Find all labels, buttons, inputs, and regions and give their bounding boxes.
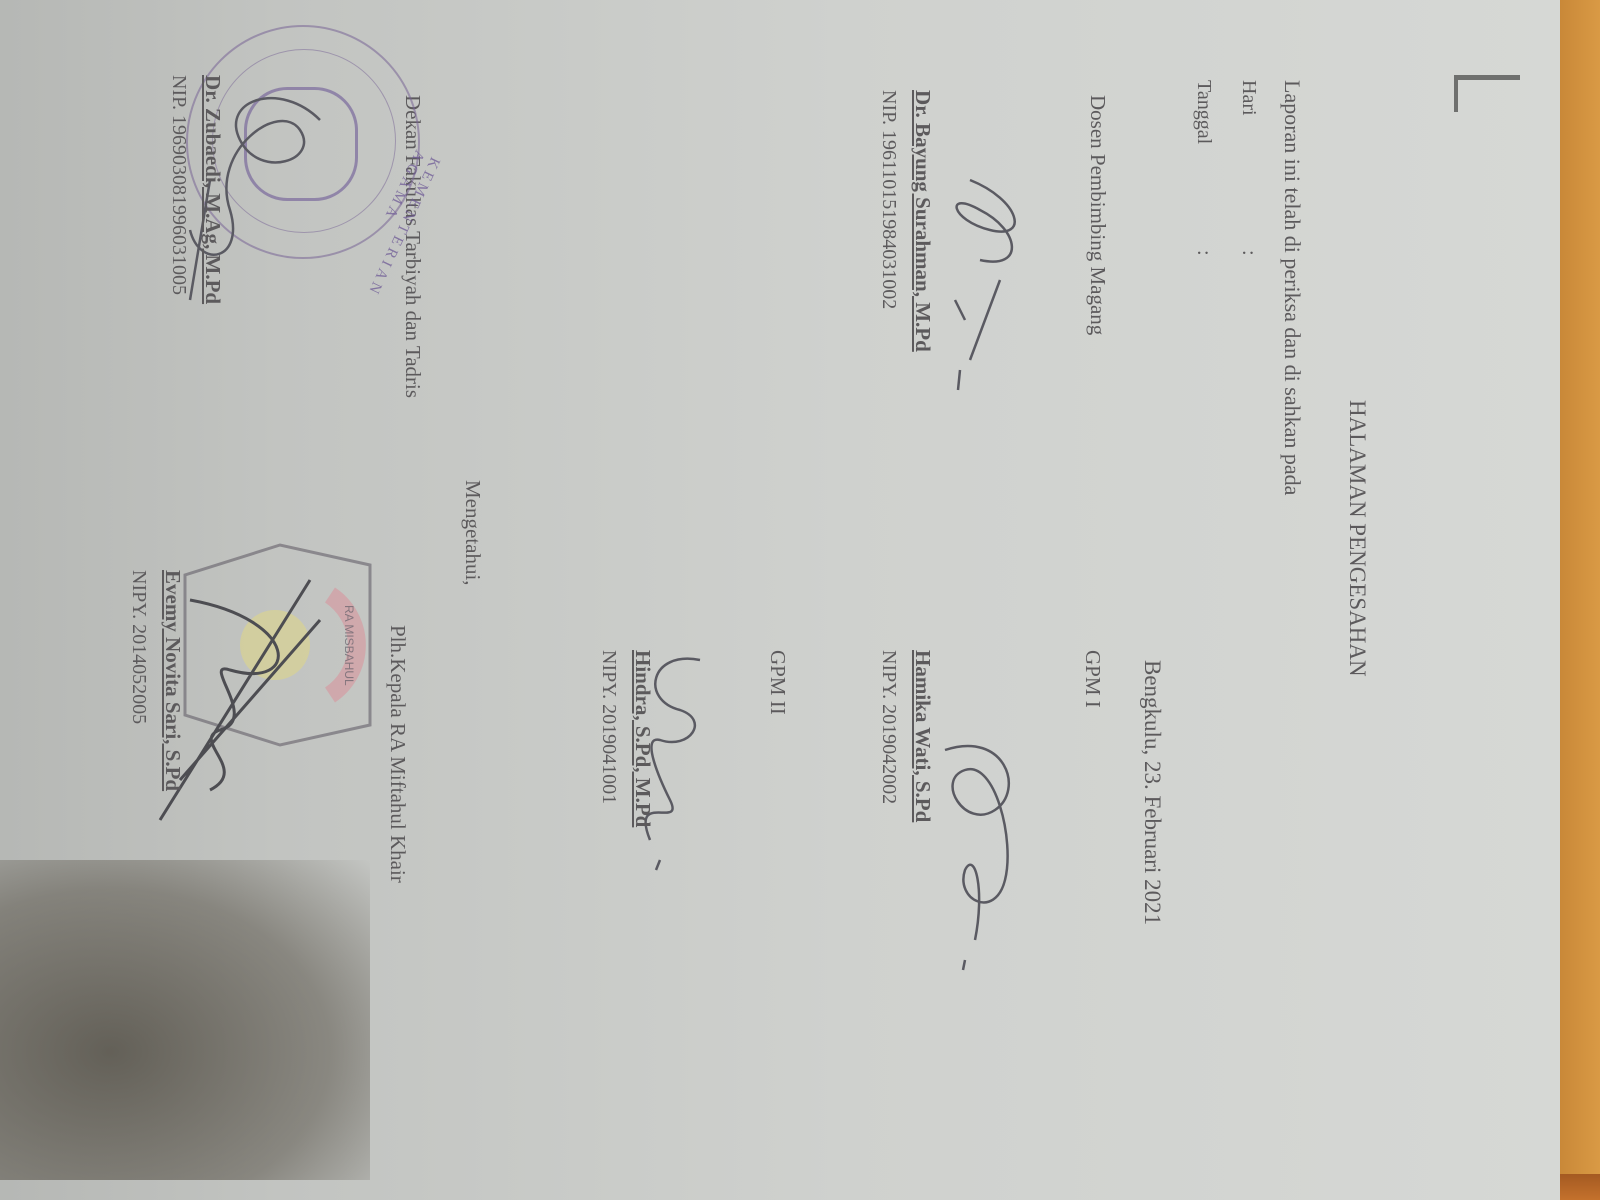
gpm1-signature	[925, 720, 1035, 1000]
gpm2-name: Hindra, S.Pd, M.Pd	[630, 650, 655, 827]
gpm1-name: Hamika Wati, S.Pd	[910, 650, 935, 822]
gpm2-id: NIPY. 2019041001	[597, 650, 620, 804]
field-separator-hari: :	[1237, 250, 1260, 256]
principal-id: NIPY. 2014052005	[127, 570, 150, 724]
principal-name: Evemy Novita Sari, S.Pd	[160, 570, 185, 791]
orange-surface-right	[1560, 0, 1600, 1200]
supervisor-id: NIP. 196110151984031002	[877, 90, 900, 309]
place-date: Bengkulu, 23. Februari 2021	[1139, 660, 1165, 925]
paper-clip-icon	[1454, 75, 1520, 112]
gpm1-id: NIPY. 2019042002	[877, 650, 900, 804]
dean-name: Dr. Zubaedi, M.Ag, M.Pd	[200, 75, 225, 304]
hand-shadow	[0, 860, 370, 1180]
field-separator-tanggal: :	[1192, 250, 1215, 256]
supervisor-signature	[930, 160, 1040, 420]
intro-text: Laporan ini telah di periksa dan di sahk…	[1279, 80, 1305, 495]
gpm2-signature	[610, 640, 730, 900]
field-label-hari: Hari	[1237, 80, 1260, 116]
gpm1-role: GPM I	[1080, 650, 1105, 708]
field-label-tanggal: Tanggal	[1192, 80, 1215, 144]
acknowledged-label: Mengetahui,	[460, 480, 485, 586]
svg-text:RA MISBAHUL: RA MISBAHUL	[342, 605, 356, 686]
gpm2-role: GPM II	[765, 650, 790, 715]
supervisor-role: Dosen Pembimbing Magang	[1085, 95, 1110, 335]
supervisor-name: Dr. Bayung Surahman, M.Pd	[910, 90, 935, 352]
dean-signature	[160, 60, 360, 320]
dean-id: NIP. 196903081996031005	[167, 75, 190, 295]
page-title: HALAMAN PENGESAHAN	[1344, 400, 1370, 677]
